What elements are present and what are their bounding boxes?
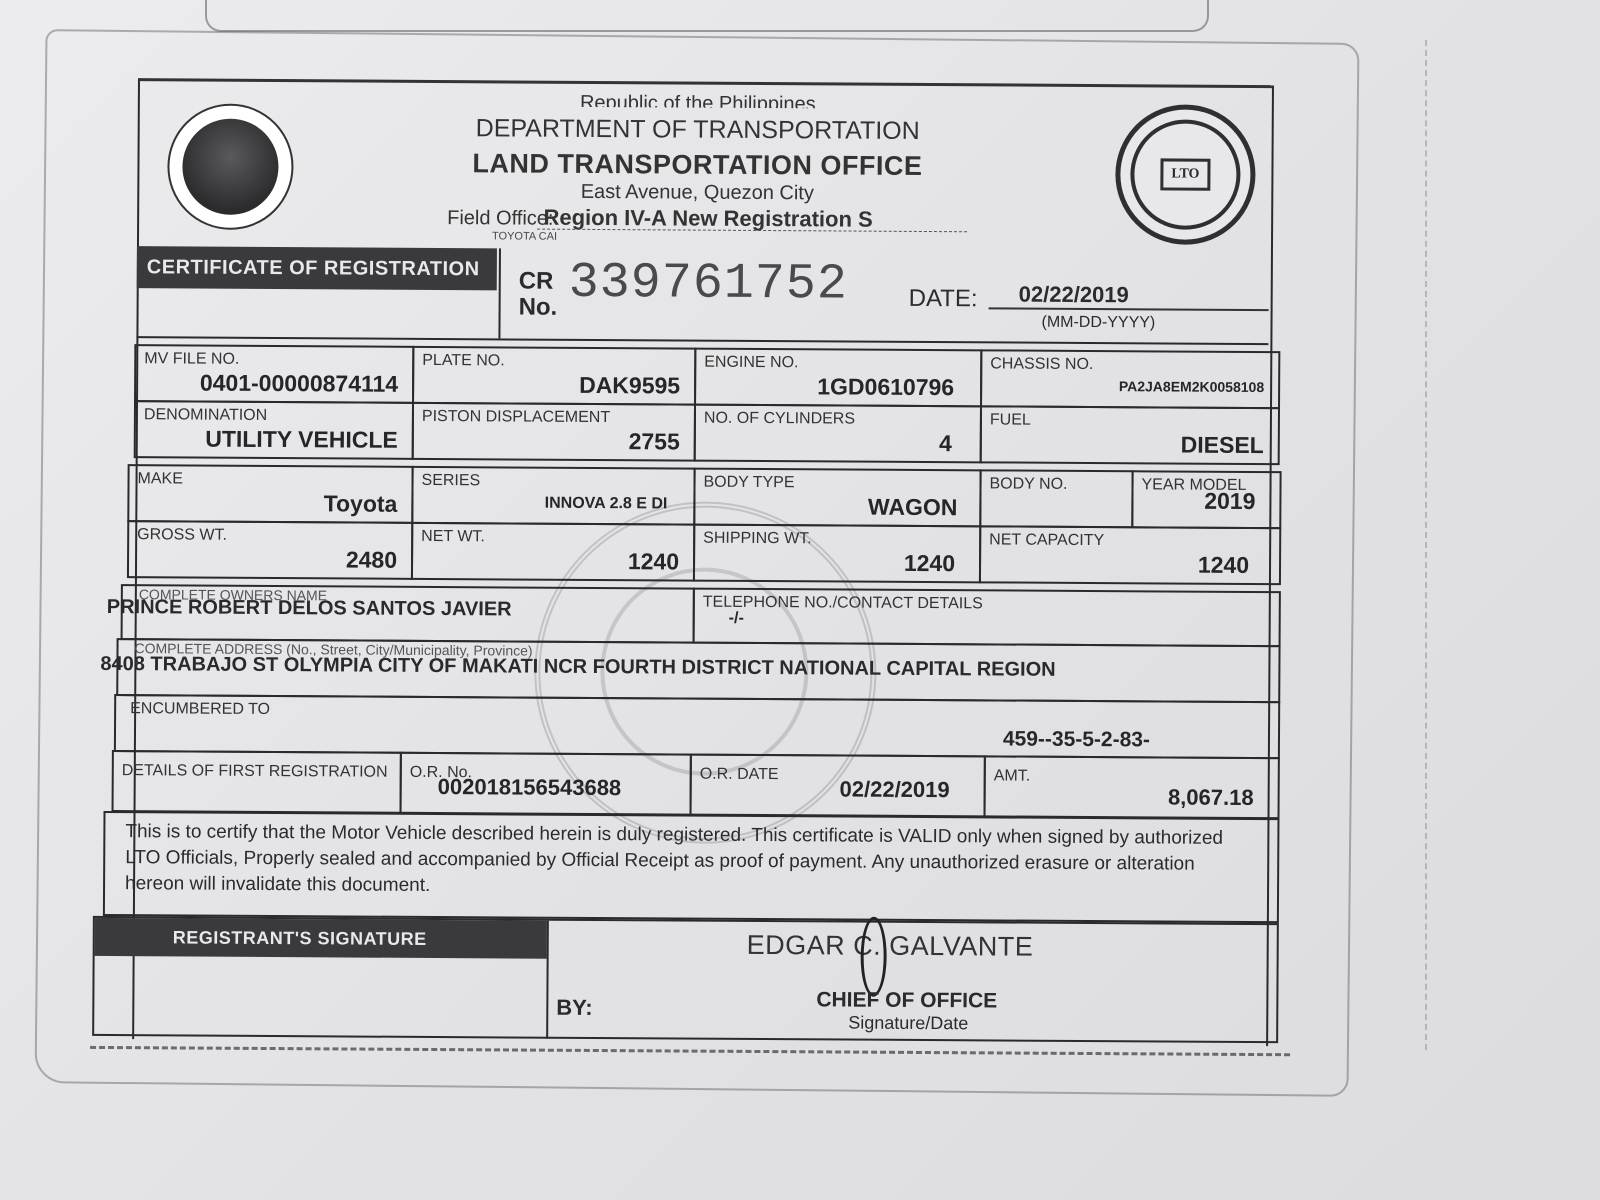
field-cylinders: NO. OF CYLINDERS 4 [694,404,982,464]
field-or-no: O.R. No. 002018156543688 [400,752,692,816]
field-series: SERIES INNOVA 2.8 E DI [411,466,695,526]
field-piston-displacement: PISTON DISPLACEMENT 2755 [412,402,696,462]
certificate-number-box: CERTIFICATE OF REGISTRATION CR No. 33976… [136,246,1269,345]
signature-section: REGISTRANT'S SIGNATURE BY: EDGAR C. GALV… [92,916,1279,1043]
field-shipping-wt: SHIPPING WT. 1240 [693,524,981,584]
date-label: DATE: [909,285,978,313]
field-net-capacity: NET CAPACITY 1240 [979,525,1281,585]
date-value: 02/22/2019 [989,281,1269,311]
republic-heading: Republic of the Philippines [438,92,958,109]
dealer-name: TOYOTA CAI [492,230,557,242]
cr-number: 339761752 [569,255,848,314]
field-engine-no: ENGINE NO. 1GD0610796 [694,348,982,408]
by-label: BY: [556,995,592,1021]
field-encumbered-to: ENCUMBERED TO 459--35-5-2-83- [114,694,1280,759]
field-net-wt: NET WT. 1240 [411,522,695,582]
certificate-of-registration-document: LTO Republic of the Philippines DEPARTME… [102,78,1298,1045]
field-office-label: Field Office: [447,207,553,230]
field-office-value: Region IV-A New Registration S [543,205,872,232]
registrant-signature-label: REGISTRANT'S SIGNATURE [95,918,547,959]
field-amount: AMT. 8,067.18 [983,755,1279,819]
department-heading: DEPARTMENT OF TRANSPORTATION [438,114,958,146]
cr-number-label: CR No. [519,269,558,321]
field-fuel: FUEL DIESEL [980,405,1280,465]
field-or-date: O.R. DATE 02/22/2019 [690,754,986,818]
certification-statement: This is to certify that the Motor Vehicl… [103,811,1280,923]
divider [498,248,501,338]
field-body-no: BODY NO. [979,469,1133,528]
field-first-registration: DETAILS OF FIRST REGISTRATION [112,750,402,814]
official-title: CHIEF OF OFFICE [816,988,997,1013]
date-format-hint: (MM-DD-YYYY) [1041,314,1155,333]
signature-mark-icon [860,917,886,997]
field-make: MAKE Toyota [127,464,413,524]
divider [546,921,549,1039]
field-denomination: DENOMINATION UTILITY VEHICLE [134,400,414,460]
field-contact: TELEPHONE NO./CONTACT DETAILS -/- [693,588,1281,648]
signature-date-label: Signature/Date [848,1013,968,1035]
field-year-model: YEAR MODEL 2019 [1131,470,1281,529]
field-gross-wt: GROSS WT. 2480 [127,520,413,580]
field-mv-file-no: MV FILE NO. 0401-00000874114 [134,344,414,404]
certificate-title: CERTIFICATE OF REGISTRATION [137,246,497,290]
dotr-seal-icon [167,103,294,230]
office-address: East Avenue, Quezon City [437,180,957,206]
background-sheet-edge [205,0,1209,32]
lto-seal-icon: LTO [1115,104,1256,245]
photo-background: LTO Republic of the Philippines DEPARTME… [0,0,1600,1200]
field-body-type: BODY TYPE WAGON [693,468,981,528]
office-heading: LAND TRANSPORTATION OFFICE [437,148,957,182]
official-name: EDGAR C. GALVANTE [747,930,1034,963]
owner-name: PRINCE ROBERT DELOS SANTOS JAVIER [107,596,512,621]
field-plate-no: PLATE NO. DAK9595 [412,346,696,406]
document-header: LTO Republic of the Philippines DEPARTME… [106,78,1298,345]
field-chassis-no: CHASSIS NO. PA2JA8EM2K0058108 [980,349,1280,409]
background-fold-line [1425,40,1429,1050]
